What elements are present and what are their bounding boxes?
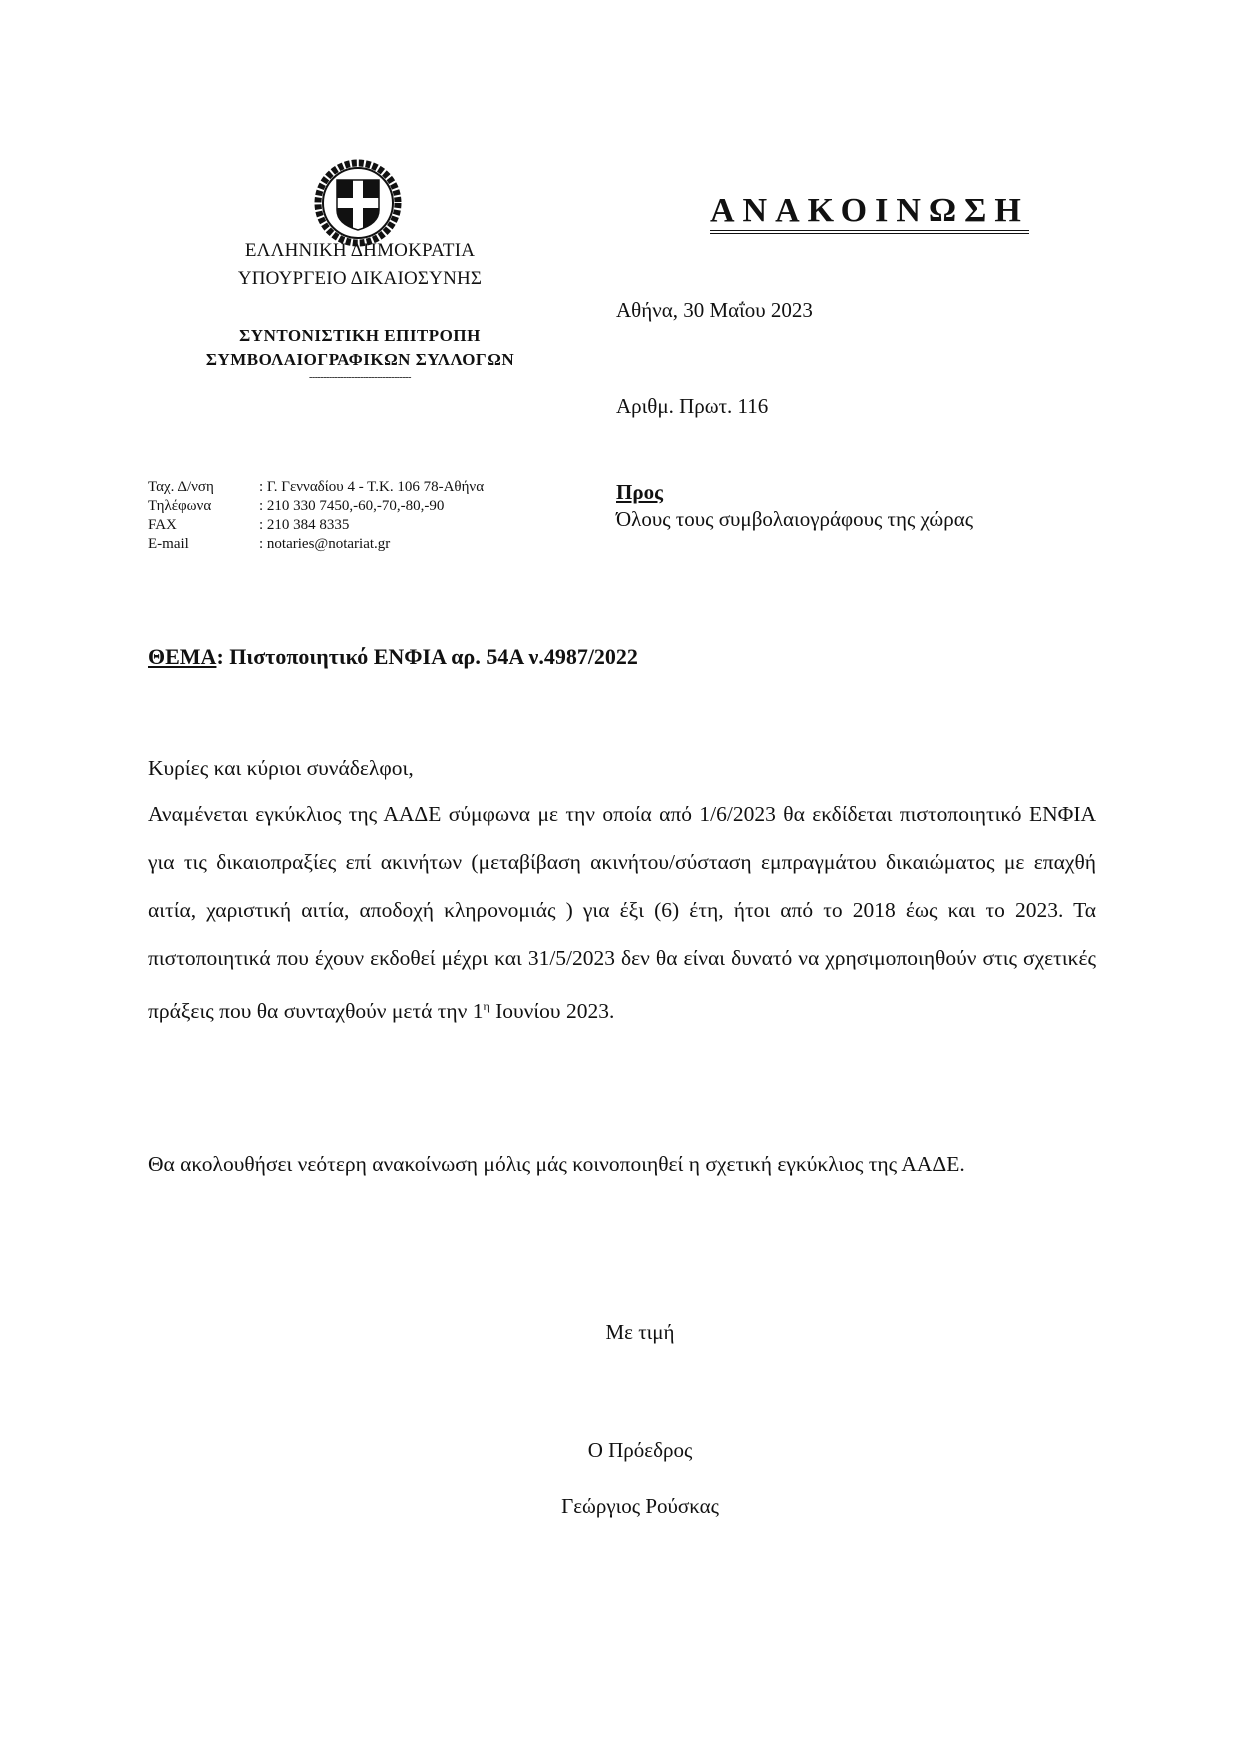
contact-label: E-mail — [148, 535, 259, 554]
contact-label: Ταχ. Δ/νση — [148, 478, 259, 497]
document-date: Αθήνα, 30 Μαΐου 2023 — [616, 298, 813, 323]
recipient-value: Όλους τους συμβολαιογράφους της χώρας — [616, 505, 1016, 534]
subject-line: ΘΕΜΑ: Πιστοποιητικό ΕΝΦΙΑ αρ. 54Α ν.4987… — [148, 644, 638, 670]
header-separator: ------------------------------------ — [160, 372, 560, 383]
subject-label: ΘΕΜΑ — [148, 644, 216, 669]
contact-value: : 210 384 8335 — [259, 516, 349, 535]
body-paragraph-1: Αναμένεται εγκύκλιος της ΑΑΔΕ σύμφωνα με… — [148, 790, 1096, 1035]
protocol-number: Αριθμ. Πρωτ. 116 — [616, 394, 768, 419]
republic-heading: ΕΛΛΗΝΙΚΗ ΔΗΜΟΚΡΑΤΙΑ — [160, 240, 560, 262]
ministry-heading: ΥΠΟΥΡΓΕΙΟ ΔΙΚΑΙΟΣΥΝΗΣ — [160, 268, 560, 290]
contact-value: : Γ. Γενναδίου 4 - Τ.Κ. 106 78-Αθήνα — [259, 478, 484, 497]
contact-value: : 210 330 7450,-60,-70,-80,-90 — [259, 497, 444, 516]
document-title: ΑΝΑΚΟΙΝΩΣΗ — [710, 192, 1029, 234]
contact-row-fax: FAX : 210 384 8335 — [148, 516, 484, 535]
contact-block: Ταχ. Δ/νση : Γ. Γενναδίου 4 - Τ.Κ. 106 7… — [148, 478, 484, 554]
paragraph-1-main: Αναμένεται εγκύκλιος της ΑΑΔΕ σύμφωνα με… — [148, 802, 1096, 1023]
contact-label: Τηλέφωνα — [148, 497, 259, 516]
greek-coat-of-arms-icon — [313, 158, 403, 248]
contact-row-phone: Τηλέφωνα : 210 330 7450,-60,-70,-80,-90 — [148, 497, 484, 516]
recipient-label: Προς — [616, 480, 663, 505]
body-paragraph-2: Θα ακολουθήσει νεότερη ανακοίνωση μόλις … — [148, 1140, 1096, 1188]
contact-row-email: E-mail : notaries@notariat.gr — [148, 535, 484, 554]
committee-heading-line2: ΣΥΜΒΟΛΑΙΟΓΡΑΦΙΚΩΝ ΣΥΛΛΟΓΩΝ — [160, 350, 560, 370]
signatory-role: Ο Πρόεδρος — [440, 1438, 840, 1463]
subject-text: : Πιστοποιητικό ΕΝΦΙΑ αρ. 54Α ν.4987/202… — [216, 644, 637, 669]
signatory-name: Γεώργιος Ρούσκας — [440, 1494, 840, 1519]
committee-heading-line1: ΣΥΝΤΟΝΙΣΤΙΚΗ ΕΠΙΤΡΟΠΗ — [160, 326, 560, 346]
closing-salutation: Με τιμή — [440, 1320, 840, 1345]
paragraph-1-end: Ιουνίου 2023. — [490, 999, 615, 1023]
greeting: Κυρίες και κύριοι συνάδελφοι, — [148, 744, 1096, 792]
contact-label: FAX — [148, 516, 259, 535]
contact-value: : notaries@notariat.gr — [259, 535, 390, 554]
contact-row-address: Ταχ. Δ/νση : Γ. Γενναδίου 4 - Τ.Κ. 106 7… — [148, 478, 484, 497]
